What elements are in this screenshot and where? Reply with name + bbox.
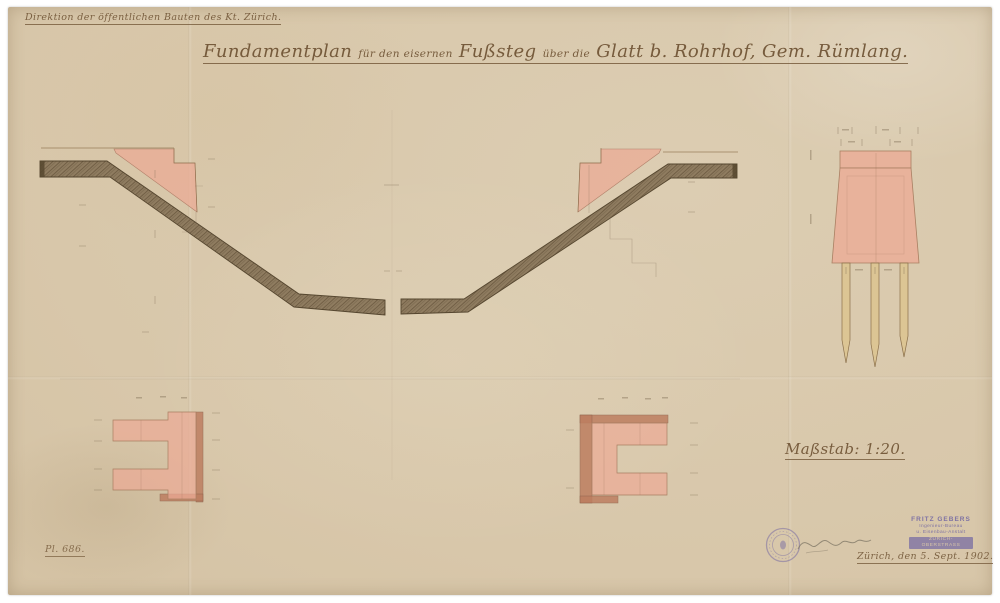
- earth-band-end-cap: [40, 161, 45, 177]
- earth-band-left: [40, 161, 385, 315]
- masonry-dark-edge: [580, 415, 668, 423]
- masonry-dark-edge: [580, 496, 618, 503]
- abutment-right-plan: [566, 397, 698, 503]
- official-round-seal: [767, 529, 800, 562]
- earth-band-end-cap: [733, 164, 738, 178]
- timber-pile: [842, 263, 850, 363]
- pile-foundation-elevation: [810, 126, 919, 367]
- scanned-plan-sheet: Direktion der öffentlichen Bauten des Kt…: [0, 0, 1000, 603]
- masonry-dark-edge: [196, 412, 203, 502]
- abutment-left-plan: [94, 396, 220, 502]
- handwritten-signature: [798, 540, 871, 553]
- timber-pile: [871, 263, 879, 367]
- technical-drawing: [0, 0, 1000, 603]
- masonry-fill: [113, 412, 196, 499]
- masonry-body: [832, 168, 919, 263]
- riverbed-cross-section: [40, 161, 737, 315]
- masonry-dark-edge: [580, 415, 592, 503]
- earth-band-right: [401, 164, 737, 314]
- masonry-cap: [840, 151, 911, 168]
- timber-pile: [900, 263, 908, 357]
- masonry-fill: [592, 423, 667, 495]
